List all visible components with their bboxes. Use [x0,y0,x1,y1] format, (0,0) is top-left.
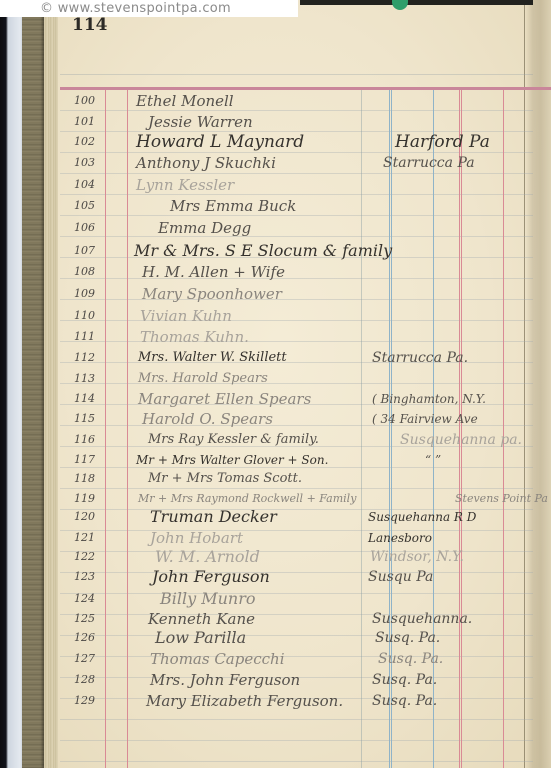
entry-name: Mr + Mrs Tomas Scott. [148,468,302,490]
ledger-entry: 120 Truman Decker Susquehanna R D [0,506,551,528]
entry-name: Mrs. Harold Spears [138,368,268,390]
entry-number: 115 [74,408,104,430]
ledger-entry: 109 Mary Spoonhower [0,283,551,305]
ledger-entry: 108 H. M. Allen + Wife [0,261,551,283]
entry-place: Susqu Pa [368,566,433,588]
entry-number: 101 [74,111,104,133]
entry-place: Susq. Pa. [372,690,437,712]
entry-name: Truman Decker [150,506,277,528]
entry-number: 114 [74,388,104,410]
entry-name: Billy Munro [160,588,256,610]
entry-name: Thomas Capecchi [150,648,285,670]
header-rule-thin [60,74,533,75]
entry-number: 102 [74,131,104,153]
entry-number: 124 [74,588,104,610]
entry-number: 100 [74,90,104,112]
entry-place: Susq. Pa. [378,648,443,670]
entry-number: 120 [74,506,104,528]
entry-name: W. M. Arnold [155,546,260,568]
entry-name: Mary Elizabeth Ferguson. [146,690,343,712]
entry-name: Mrs. John Ferguson [150,669,300,691]
entry-number: 122 [74,546,104,568]
page-number: 114 [72,15,108,35]
entry-name: Mrs. Walter W. Skillett [138,347,287,369]
entry-number: 113 [74,368,104,390]
entry-number: 112 [74,347,104,369]
entry-place: ( 34 Fairview Ave [372,408,478,430]
entry-name: Vivian Kuhn [140,305,232,327]
entry-name: Lynn Kessler [136,174,234,196]
ledger-entry: 100 Ethel Monell [0,90,551,112]
ledger-entry: 112 Mrs. Walter W. Skillett Starrucca Pa… [0,347,551,369]
ledger-entry: 110 Vivian Kuhn [0,305,551,327]
ledger-entry: 116 Mrs Ray Kessler & family. Susquehann… [0,429,551,451]
entry-number: 109 [74,283,104,305]
ledger-entry: 105 Mrs Emma Buck [0,195,551,217]
ledger-entry: 115 Harold O. Spears ( 34 Fairview Ave [0,408,551,430]
entry-name: Mrs Emma Buck [170,195,296,217]
entry-name: H. M. Allen + Wife [142,261,285,283]
entry-place: Susq. Pa. [372,669,437,691]
entry-number: 129 [74,690,104,712]
entry-name: Mrs Ray Kessler & family. [148,429,319,451]
ledger-entry: 101 Jessie Warren [0,111,551,133]
entry-number: 105 [74,195,104,217]
ledger-entry: 126 Low Parilla Susq. Pa. [0,627,551,649]
entry-place: Starrucca Pa. [372,347,468,369]
entry-name: Howard L Maynard [136,131,304,153]
entry-name: Low Parilla [155,627,246,649]
entry-name: Emma Degg [158,217,251,239]
entry-name: John Ferguson [152,566,270,588]
ruled-line [60,740,533,741]
entry-place: Starrucca Pa [383,152,475,174]
entry-number: 126 [74,627,104,649]
entry-place: Susquehanna R D [368,506,476,528]
entry-number: 123 [74,566,104,588]
entry-name: Mr & Mrs. S E Slocum & family [134,240,392,262]
entry-number: 111 [74,326,104,348]
entry-number: 127 [74,648,104,670]
ledger-entry: 111 Thomas Kuhn. [0,326,551,348]
entry-number: 107 [74,240,104,262]
entry-number: 118 [74,468,104,490]
entry-number: 103 [74,152,104,174]
ledger-entry: 104 Lynn Kessler [0,174,551,196]
ledger-entry: 107 Mr & Mrs. S E Slocum & family [0,240,551,262]
entry-name: Mary Spoonhower [142,283,282,305]
ledger-entry: 129 Mary Elizabeth Ferguson. Susq. Pa. [0,690,551,712]
top-dark-edge [300,0,533,5]
entry-place: Windsor, N.Y. [370,546,464,568]
ledger-entry: 102 Howard L Maynard Harford Pa [0,131,551,153]
entry-name: Ethel Monell [136,90,234,112]
ledger-entry: 114 Margaret Ellen Spears ( Binghamton, … [0,388,551,410]
entry-name: Jessie Warren [148,111,253,133]
ledger-entry: 124 Billy Munro [0,588,551,610]
ledger-entry: 123 John Ferguson Susqu Pa [0,566,551,588]
entry-number: 104 [74,174,104,196]
ledger-entry: 127 Thomas Capecchi Susq. Pa. [0,648,551,670]
ledger-entry: 118 Mr + Mrs Tomas Scott. [0,468,551,490]
ledger-entry: 106 Emma Degg [0,217,551,239]
ledger-entry: 113 Mrs. Harold Spears [0,368,551,390]
entry-number: 106 [74,217,104,239]
entry-name: Anthony J Skuchki [136,152,276,174]
ledger-entry: 103 Anthony J Skuchki Starrucca Pa [0,152,551,174]
ruled-line [60,761,533,762]
entry-number: 110 [74,305,104,327]
ledger-entry: 122 W. M. Arnold Windsor, N.Y. [0,546,551,568]
entry-place: Susq. Pa. [375,627,440,649]
entry-name: Margaret Ellen Spears [138,388,311,410]
entry-place: Harford Pa [395,131,490,153]
entry-place: Susquehanna pa. [400,429,522,451]
entry-name: Harold O. Spears [142,408,273,430]
ledger-entry: 128 Mrs. John Ferguson Susq. Pa. [0,669,551,691]
entry-number: 116 [74,429,104,451]
ruled-line [60,719,533,720]
copyright-watermark: © www.stevenspointpa.com [0,0,298,17]
entry-number: 128 [74,669,104,691]
entry-name: Thomas Kuhn. [140,326,249,348]
entry-place: ( Binghamton, N.Y. [372,388,486,410]
entry-number: 108 [74,261,104,283]
